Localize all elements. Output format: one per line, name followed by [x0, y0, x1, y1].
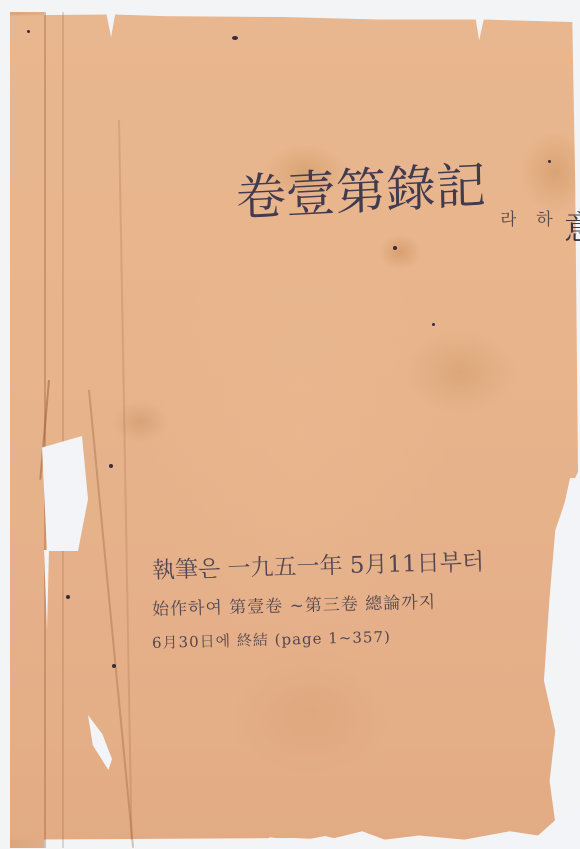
title-char: 錄: [381, 161, 432, 214]
side-annotation: 追 記 と 依 하 여 漢 文 綴 字 에 留 意 하 라: [488, 210, 580, 260]
ink-speck: [66, 595, 70, 599]
ink-speck: [109, 464, 113, 468]
colophon-note: 執筆은 一九五一年 5月11日부터 始作하여 第壹卷 ~第三卷 總論까지 6月3…: [152, 552, 482, 653]
ink-speck: [393, 246, 397, 250]
paper-sheet: [10, 12, 578, 848]
title-char: 壹: [281, 166, 332, 219]
edge-line: [62, 12, 64, 848]
colophon-line: 6月30日에 終結 (page 1~357): [152, 623, 482, 653]
colophon-line: 始作하여 第壹卷 ~第三卷 總論까지: [152, 586, 483, 620]
ink-speck: [232, 36, 238, 40]
annotation-char: 라: [488, 210, 524, 252]
ink-speck: [112, 664, 116, 668]
ink-speck: [27, 30, 30, 33]
document-title: 記 錄 第 壹 卷: [231, 158, 482, 239]
ink-speck: [548, 160, 551, 163]
annotation-char: 意: [560, 210, 580, 252]
scanned-document: 記 錄 第 壹 卷 追 記 と 依 하 여 漢 文 綴 字 에 留 意 하 라 …: [0, 0, 580, 849]
title-char: 第: [331, 164, 382, 217]
ink-speck: [432, 323, 435, 326]
title-char: 記: [431, 158, 482, 211]
title-char: 卷: [231, 169, 282, 222]
annotation-char: 하: [524, 210, 560, 252]
